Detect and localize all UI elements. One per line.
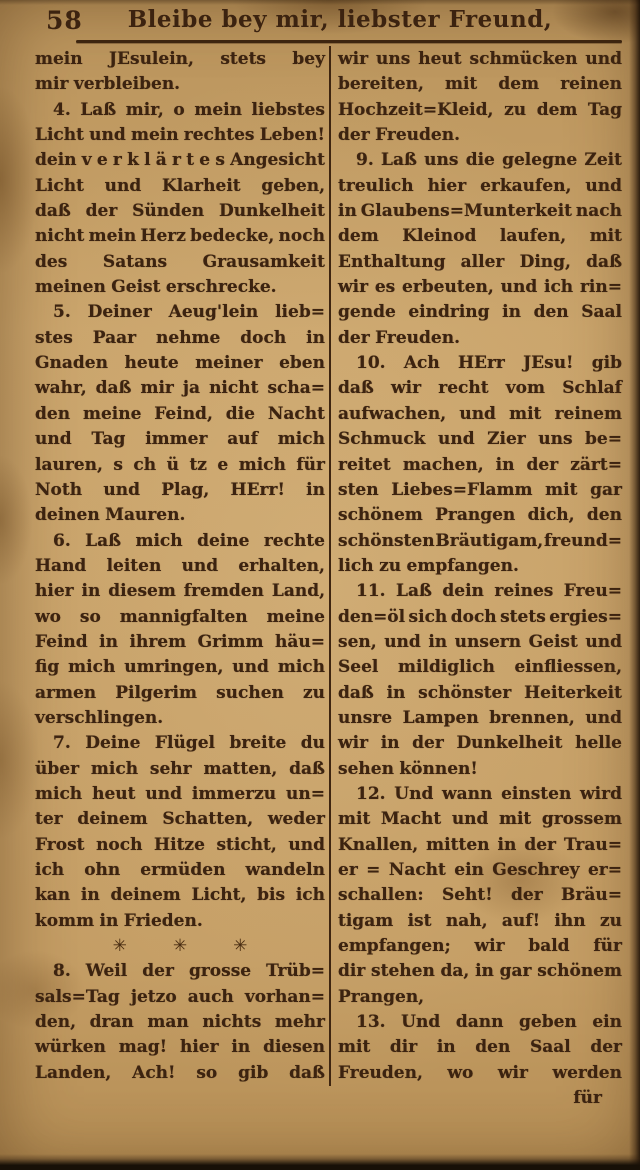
word: e [97, 148, 108, 173]
text-line: hierindiesemfremdenLand, [35, 579, 325, 604]
text-line: LichtundmeinrechtesLeben! [35, 123, 325, 148]
text-line: wahr,daßmirjanichtscha= [35, 376, 325, 401]
word: HErr [458, 351, 505, 376]
printer-ornament-icon: ✳ [173, 934, 187, 959]
word: gar [590, 478, 622, 503]
word: mir [140, 376, 173, 401]
word: vorhan= [245, 985, 325, 1010]
word: Nacht [389, 858, 446, 883]
word: Seht! [442, 883, 493, 908]
word: laufen, [500, 224, 566, 249]
word: gelegne [502, 148, 577, 173]
word: rin= [580, 275, 622, 300]
word: Schmuck [338, 427, 425, 452]
word: in [81, 883, 100, 908]
text-line: deinverklärtesAngesicht [35, 148, 325, 173]
word: mit [590, 224, 622, 249]
word: gende [338, 300, 396, 325]
word: deine [197, 529, 249, 554]
word: s [215, 148, 225, 173]
word: verbleiben. [74, 72, 180, 97]
word: mehr [275, 1010, 325, 1035]
word: Freu= [564, 579, 622, 604]
word: mein [194, 98, 242, 123]
word: Geist [111, 275, 160, 300]
word: mich [278, 655, 325, 680]
text-line: 13.Unddanngebenein [338, 1010, 622, 1035]
text-line: NothundPlag,HErr!in [35, 478, 325, 503]
text-line: kanindeinemLicht,bisich [35, 883, 325, 908]
word: bis [257, 883, 285, 908]
word: 4. [53, 98, 71, 123]
word: jetzo [131, 985, 177, 1010]
word: daß [586, 250, 622, 275]
word: treulich [338, 174, 414, 199]
word: und [585, 174, 622, 199]
word: 9. [356, 148, 374, 173]
word: sehen [338, 757, 394, 782]
word: reinen [560, 72, 622, 97]
word: recht [438, 376, 488, 401]
word: Freuden. [375, 326, 460, 351]
word: der [338, 326, 370, 351]
word: in [338, 199, 357, 224]
word: du [301, 731, 325, 756]
word: sehr [150, 757, 192, 782]
word: zärt= [570, 453, 622, 478]
word: noch [279, 224, 325, 249]
word: dem [498, 72, 539, 97]
word: matten, [203, 757, 277, 782]
word: Kleinod [402, 224, 476, 249]
word: ä [156, 148, 167, 173]
text-line: meinJEsulein,stetsbey [35, 47, 325, 72]
word: und [103, 478, 140, 503]
word: daß [338, 681, 374, 706]
word: freund= [544, 529, 622, 554]
word: Ach [404, 351, 440, 376]
word: nah, [446, 909, 488, 934]
word: gib [238, 1061, 268, 1086]
word: man [147, 1010, 188, 1035]
text-line: 11.LaßdeinreinesFreu= [338, 579, 622, 604]
word: Aeug'lein [169, 300, 259, 325]
text-line: treulichhiererkaufen,und [338, 174, 622, 199]
word: daß [35, 199, 71, 224]
word: rechtes [184, 123, 255, 148]
word: Freuden, [338, 1061, 423, 1086]
word: Hochzeit=Kleid, [338, 98, 493, 123]
word: armen [35, 681, 96, 706]
word: zu [379, 554, 401, 579]
word: empfangen. [407, 554, 519, 579]
word: eben [279, 351, 325, 376]
word: uns [376, 47, 410, 72]
word: tz [189, 453, 207, 478]
word: Frost [35, 833, 85, 858]
text-line: 10.AchHErrJEsu!gib [338, 351, 622, 376]
word: Macht [381, 807, 441, 832]
word: erhalten, [238, 554, 325, 579]
text-line: armenPilgerimsuchenzu [35, 681, 325, 706]
word: werden [552, 1061, 621, 1086]
word: dich, [528, 503, 575, 528]
word: wir [498, 1061, 528, 1086]
word: und [35, 427, 72, 452]
word: des [35, 250, 67, 275]
text-line: SchmuckundZierunsbe= [338, 427, 622, 452]
word: sals=Tag [35, 985, 120, 1010]
text-line: mitdirindenSaalder [338, 1035, 622, 1060]
word: und [501, 275, 538, 300]
word: nehme [156, 326, 220, 351]
word: zu [600, 909, 622, 934]
word: die [226, 402, 255, 427]
word: dann [456, 1010, 504, 1035]
word: hier [35, 579, 74, 604]
word: lich [338, 554, 374, 579]
text-column-left: meinJEsulein,stetsbeymirverbleiben.4.Laß… [35, 47, 325, 1086]
word: nicht [35, 224, 84, 249]
word: grosse [189, 959, 251, 984]
text-line: terdeinemSchatten,weder [35, 807, 325, 832]
word: ja [183, 376, 200, 401]
word: liebstes [252, 98, 325, 123]
word: e [217, 453, 228, 478]
word: Herz [140, 224, 186, 249]
text-line: daßinschönsterHeiterkeit [338, 681, 622, 706]
word: Freuden. [375, 123, 460, 148]
word: mein [89, 224, 137, 249]
word: komm [35, 909, 94, 934]
word: in [82, 579, 101, 604]
page-top-edge-shadow [0, 0, 640, 5]
word: schönsten [338, 529, 435, 554]
word: in [100, 909, 119, 934]
text-line: daßwirrechtvomSchlaf [338, 376, 622, 401]
word: Grausamkeit [203, 250, 325, 275]
word: 11. [356, 579, 386, 604]
word: in [99, 630, 118, 655]
word: schönem [537, 959, 622, 984]
word: diesem [108, 579, 176, 604]
word: schönem [338, 503, 423, 528]
word: = [366, 858, 380, 883]
word: Dunkelheit [219, 199, 325, 224]
word: der [412, 731, 444, 756]
text-line: stenLiebes=Flammmitgar [338, 478, 622, 503]
word: aller [461, 250, 505, 275]
word: bereiten, [338, 72, 424, 97]
word: Licht [35, 174, 84, 199]
text-line: LichtundKlarheitgeben, [35, 174, 325, 199]
text-line: FrostnochHitzesticht,und [35, 833, 325, 858]
word: Flügel [155, 731, 215, 756]
word: mich [239, 453, 286, 478]
word: heut [92, 782, 135, 807]
text-line: derFreuden. [338, 326, 622, 351]
word: den [475, 1035, 510, 1060]
word: bedecke, [190, 224, 274, 249]
word: mannigfalten [120, 605, 248, 630]
word: Trau= [564, 833, 622, 858]
text-line: deinenMauren. [35, 503, 325, 528]
word: heut [418, 47, 461, 72]
printer-ornament-icon: ✳ [233, 934, 247, 959]
text-line: stesPaarnehmedochin [35, 326, 325, 351]
word: doch [240, 326, 286, 351]
word: und [452, 807, 489, 832]
word: ich [544, 275, 573, 300]
word: weder [268, 807, 325, 832]
word: breite [229, 731, 286, 756]
word: ü [167, 453, 179, 478]
word: 12. [356, 782, 386, 807]
word: mitten [426, 833, 489, 858]
text-line: Freuden,wowirwerden [338, 1061, 622, 1086]
word: ich [35, 858, 64, 883]
word: mich [91, 757, 138, 782]
header-rule [76, 40, 622, 43]
word: er= [588, 858, 622, 883]
running-header-title: Bleibe bey mir, liebster Freund, [95, 6, 585, 33]
word: Laß [381, 148, 417, 173]
word: den [587, 503, 622, 528]
word: hier [180, 1035, 219, 1060]
word: mildiglich [398, 655, 495, 680]
word: stes [35, 326, 73, 351]
word: hier [428, 174, 467, 199]
word: Tag [91, 427, 125, 452]
word: in [498, 833, 517, 858]
text-line: sehenkönnen! [338, 757, 622, 782]
word: s [113, 453, 123, 478]
word: doch [451, 605, 497, 630]
word: nach [576, 199, 622, 224]
word: ch [133, 453, 156, 478]
text-line: 5.DeinerAeug'leinlieb= [35, 300, 325, 325]
word: e [199, 148, 210, 173]
page-right-edge-shadow [629, 0, 640, 1170]
word: Nacht [268, 402, 325, 427]
word: schallen: [338, 883, 424, 908]
text-line: Hochzeit=Kleid,zudemTag [338, 98, 622, 123]
word: stehen [371, 959, 435, 984]
word: und [145, 782, 182, 807]
text-line: wosomannigfaltenmeine [35, 605, 325, 630]
word: v [82, 148, 92, 173]
text-line: 4.Laßmir,omeinliebstes [35, 98, 325, 123]
word: meinen [35, 275, 106, 300]
word: unsre [338, 706, 392, 731]
word: meine [267, 605, 325, 630]
word: und [232, 655, 269, 680]
text-line: übermichsehrmatten,daß [35, 757, 325, 782]
word: zu [303, 681, 325, 706]
word: wir [338, 47, 368, 72]
word: schönster [418, 681, 511, 706]
word: Deine [85, 731, 140, 756]
word: in [437, 1035, 456, 1060]
word: so [196, 1061, 217, 1086]
text-line: schönstenBräutigam,freund= [338, 529, 622, 554]
text-line: den,dranmannichtsmehr [35, 1010, 325, 1035]
word: gar [500, 959, 532, 984]
word: 10. [356, 351, 386, 376]
word: machen, [403, 453, 484, 478]
word: JEsulein, [109, 47, 194, 72]
word: gib [592, 351, 622, 376]
word: ist [408, 909, 432, 934]
word: ohn [84, 858, 120, 883]
word: und [585, 630, 622, 655]
word: Hitze [154, 833, 205, 858]
word: fremden [184, 579, 264, 604]
word: Prangen, [338, 985, 424, 1010]
text-line: ichohnermüdenwandeln [35, 858, 325, 883]
word: mich [35, 782, 82, 807]
word: mit [338, 1035, 370, 1060]
text-line: tigamistnah,auf!ihnzu [338, 909, 622, 934]
word: ermüden [140, 858, 225, 883]
word: Zier [487, 427, 526, 452]
word: wir [338, 275, 368, 300]
word: ihrem [130, 630, 187, 655]
word: in [387, 681, 406, 706]
word: mir [35, 72, 68, 97]
word: Prangen [435, 503, 515, 528]
text-line: unsreLampenbrennen,und [338, 706, 622, 731]
word: Paar [93, 326, 136, 351]
word: tigam [338, 909, 393, 934]
word: er [338, 858, 358, 883]
text-line: aufwachen,undmitreinem [338, 402, 622, 427]
word: Feind, [154, 402, 213, 427]
word: da, [441, 959, 470, 984]
word: lieb= [275, 300, 325, 325]
word: 5. [53, 300, 71, 325]
text-line: denmeineFeind,dieNacht [35, 402, 325, 427]
word: Weil [86, 959, 127, 984]
word: erbeuten, [402, 275, 494, 300]
word: sten [338, 478, 379, 503]
word: zu [504, 98, 526, 123]
word: den [534, 300, 569, 325]
word: mit [545, 478, 577, 503]
word: stets [500, 605, 546, 630]
word: der [527, 453, 559, 478]
word: reines [494, 579, 553, 604]
word: Klarheit [162, 174, 241, 199]
word: Schlaf [562, 376, 622, 401]
text-line: figmichumringen,undmich [35, 655, 325, 680]
text-line: mirverbleiben. [35, 72, 325, 97]
word: Knallen, [338, 833, 418, 858]
text-line: FeindinihremGrimmhäu= [35, 630, 325, 655]
word: ein [592, 1010, 622, 1035]
word: r [113, 148, 122, 173]
word: der [142, 959, 174, 984]
word: vom [506, 376, 545, 401]
word: Glaubens=Munterkeit [361, 199, 572, 224]
word: Bräutigam, [435, 529, 543, 554]
word: nicht [209, 376, 258, 401]
text-line: undTagimmeraufmich [35, 427, 325, 452]
word: wann [442, 782, 492, 807]
word: in [306, 478, 325, 503]
word: JEsu! [523, 351, 573, 376]
word: und [105, 174, 142, 199]
word: 13. [356, 1010, 386, 1035]
word: und [459, 402, 496, 427]
text-line: Handleitenunderhalten, [35, 554, 325, 579]
word: brennen, [489, 706, 574, 731]
text-line: würkenmag!hierindiesen [35, 1035, 325, 1060]
word: deinem [110, 883, 180, 908]
word: Feind [35, 630, 88, 655]
word: für [593, 934, 622, 959]
word: uns [424, 148, 458, 173]
word: Zeit [584, 148, 622, 173]
word: suchen [216, 681, 284, 706]
text-line: michheutundimmerzuun= [35, 782, 325, 807]
word: Laß [85, 529, 121, 554]
text-line: er=NachteinGeschreyer= [338, 858, 622, 883]
word: dir [338, 959, 365, 984]
word: Deiner [88, 300, 152, 325]
word: 6. [53, 529, 71, 554]
word: aufwachen, [338, 402, 446, 427]
text-line: lauren,schützemichfür [35, 453, 325, 478]
word: HErr! [231, 478, 285, 503]
word: und [585, 47, 622, 72]
word: können! [399, 757, 477, 782]
word: dein [442, 579, 484, 604]
text-line: gendeeindringindenSaal [338, 300, 622, 325]
word: Hand [35, 554, 86, 579]
word: der [511, 883, 543, 908]
word: Geschrey [492, 858, 579, 883]
text-line: inGlaubens=Munterkeitnach [338, 199, 622, 224]
text-column-right: wirunsheutschmückenundbereiten,mitdemrei… [338, 47, 622, 1086]
word: mein [35, 47, 83, 72]
text-line: Seelmildiglicheinfliessen, [338, 655, 622, 680]
word: ter [35, 807, 63, 832]
text-line: EnthaltungallerDing,daß [338, 250, 622, 275]
word: unsern [455, 630, 521, 655]
word: in [381, 731, 400, 756]
word: Geist [529, 630, 578, 655]
word: und [384, 630, 421, 655]
word: Frieden. [124, 909, 203, 934]
word: auf [227, 427, 258, 452]
word: daß [96, 376, 132, 401]
page-number: 58 [46, 6, 83, 35]
text-line: komminFrieden. [35, 909, 325, 934]
text-line: meinenGeisterschrecke. [35, 275, 325, 300]
word: wo [447, 1061, 473, 1086]
word: geben, [261, 174, 325, 199]
word: kan [35, 883, 70, 908]
word: Lampen [403, 706, 479, 731]
text-line: empfangen;wirbaldfür [338, 934, 622, 959]
word: Laß [396, 579, 432, 604]
text-line: demKleinodlaufen,mit [338, 224, 622, 249]
book-page: 58 Bleibe bey mir, liebster Freund, mein… [0, 0, 640, 1170]
word: Grimm [198, 630, 264, 655]
word: Satans [103, 250, 167, 275]
word: Leben! [260, 123, 325, 148]
